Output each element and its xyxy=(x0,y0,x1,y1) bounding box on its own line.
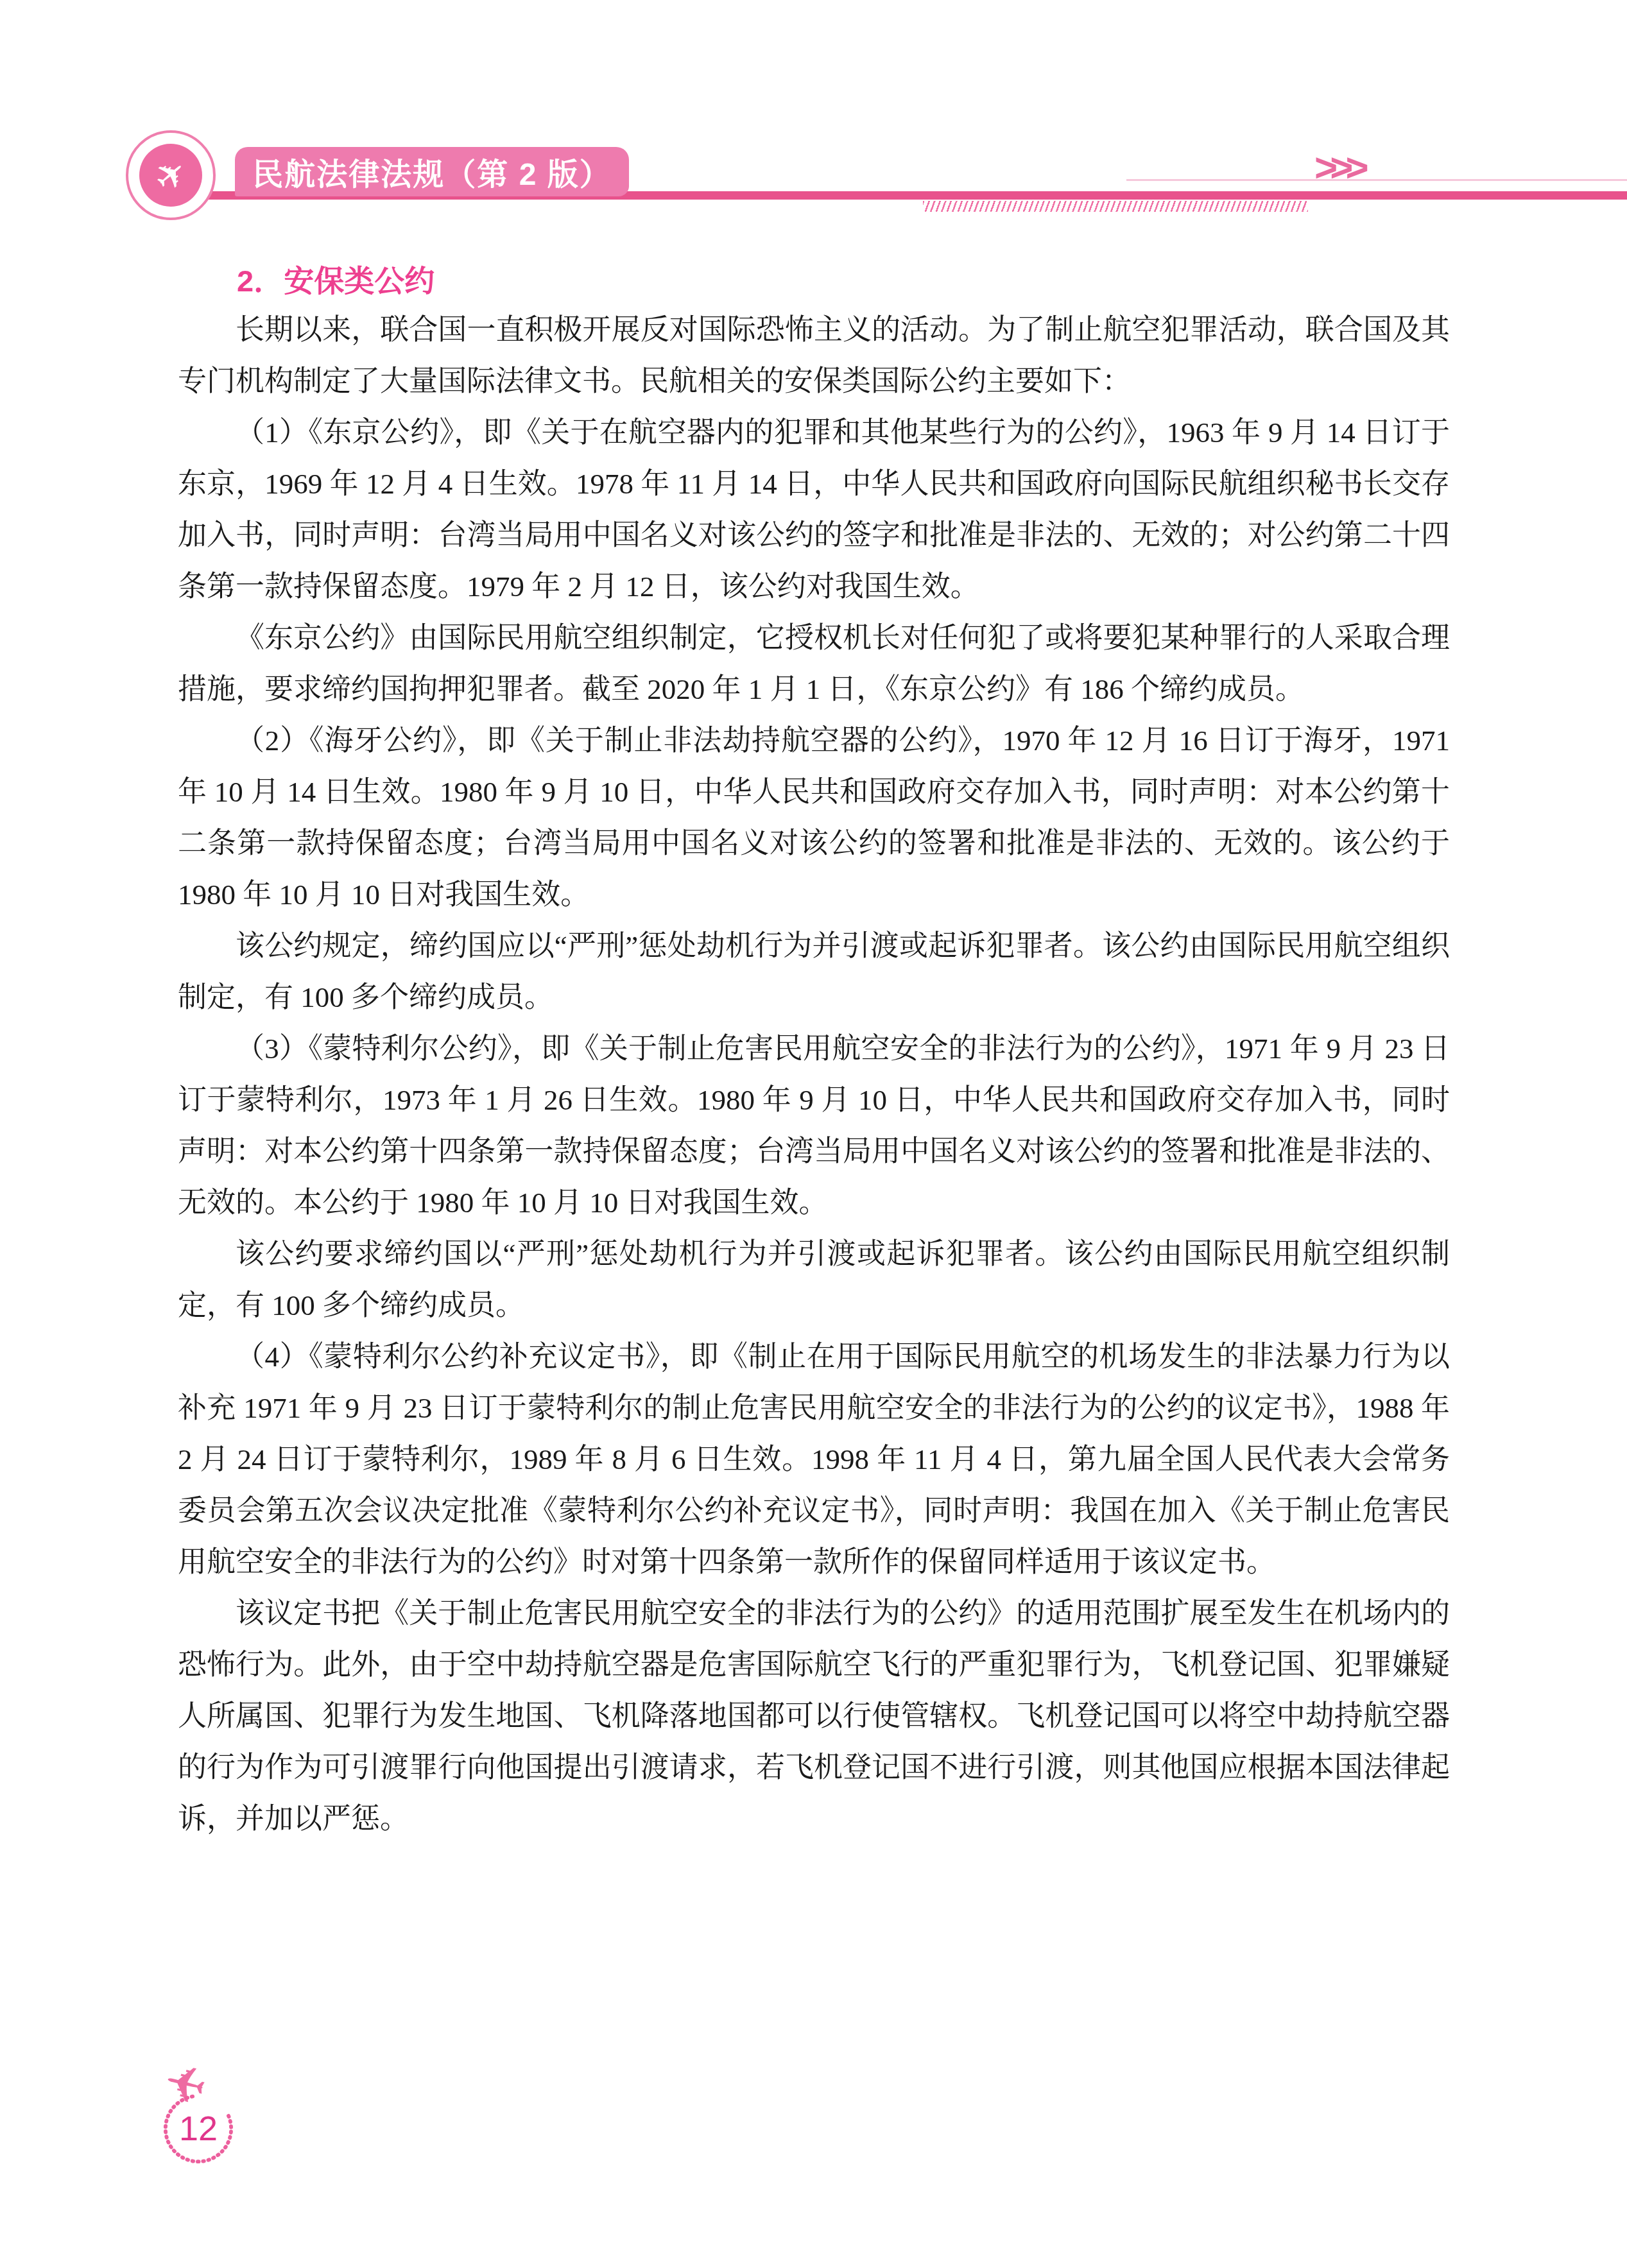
paragraph: 《东京公约》由国际民用航空组织制定，它授权机长对任何犯了或将要犯某种罪行的人采取… xyxy=(178,612,1450,715)
chevrons-decoration: >>> xyxy=(1314,145,1361,191)
header-airplane-badge: ✈ xyxy=(126,130,216,220)
paragraph: （3）《蒙特利尔公约》，即《关于制止危害民用航空安全的非法行为的公约》，1971… xyxy=(178,1023,1450,1228)
book-title: 民航法律法规（第 2 版） xyxy=(252,150,611,194)
paragraph: 该议定书把《关于制止危害民用航空安全的非法行为的公约》的适用范围扩展至发生在机场… xyxy=(178,1588,1450,1844)
paragraph: （4）《蒙特利尔公约补充议定书》，即《制止在用于国际民用航空的机场发生的非法暴力… xyxy=(178,1331,1450,1588)
page-content: 2．安保类公约 长期以来，联合国一直积极开展反对国际恐怖主义的活动。为了制止航空… xyxy=(178,258,1450,1844)
paragraph: 该公约要求缔约国以“严刑”惩处劫机行为并引渡或起诉犯罪者。该公约由国际民用航空组… xyxy=(178,1228,1450,1331)
paragraph: 该公约规定，缔约国应以“严刑”惩处劫机行为并引渡或起诉犯罪者。该公约由国际民用航… xyxy=(178,920,1450,1023)
header-hatch-pattern xyxy=(923,201,1308,212)
paragraph: 长期以来，联合国一直积极开展反对国际恐怖主义的活动。为了制止航空犯罪活动，联合国… xyxy=(178,304,1450,407)
book-page: >>> ✈ 民航法律法规（第 2 版） 2．安保类公约 长期以来，联合国一直积极… xyxy=(0,0,1627,2268)
section-heading: 2．安保类公约 xyxy=(237,258,1450,304)
header-thin-line xyxy=(1126,179,1627,181)
page-number: 12 xyxy=(160,2091,236,2167)
paragraph: （2）《海牙公约》，即《关于制止非法劫持航空器的公约》，1970 年 12 月 … xyxy=(178,715,1450,920)
book-title-tab: 民航法律法规（第 2 版） xyxy=(235,147,629,196)
paragraph: （1）《东京公约》，即《关于在航空器内的犯罪和其他某些行为的公约》，1963 年… xyxy=(178,407,1450,612)
airplane-icon: ✈ xyxy=(139,144,202,207)
